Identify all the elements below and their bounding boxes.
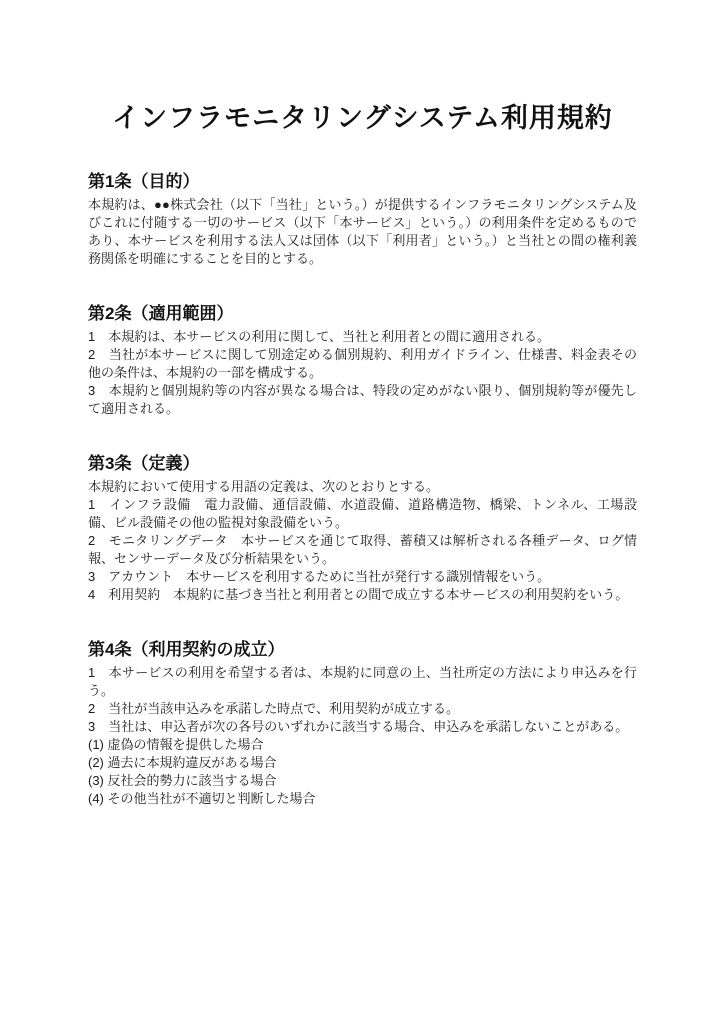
article-3-item-3: 3 アカウント 本サービスを利用するために当社が発行する識別情報をいう。 [88, 568, 637, 586]
article-4-body: 1 本サービスの利用を希望する者は、本規約に同意の上、当社所定の方法により申込み… [88, 664, 637, 808]
article-1-purpose: 第1条（目的） 本規約は、●●株式会社（以下「当社」という。）が提供するインフラ… [88, 172, 637, 268]
article-2-scope: 第2条（適用範囲） 1 本規約は、本サービスの利用に関して、当社と利用者との間に… [88, 304, 637, 418]
article-1-paragraph: 本規約は、●●株式会社（以下「当社」という。）が提供するインフラモニタリングシス… [88, 196, 637, 268]
article-1-body: 本規約は、●●株式会社（以下「当社」という。）が提供するインフラモニタリングシス… [88, 196, 637, 268]
document-page: インフラモニタリングシステム利用規約 第1条（目的） 本規約は、●●株式会社（以… [0, 0, 724, 1024]
article-3-item-1: 1 インフラ設備 電力設備、通信設備、水道設備、道路構造物、橋梁、トンネル、工場… [88, 496, 637, 532]
article-4-subitem-2: (2) 過去に本規約違反がある場合 [88, 754, 637, 772]
article-3-definitions: 第3条（定義） 本規約において使用する用語の定義は、次のとおりとする。 1 イン… [88, 454, 637, 604]
article-4-contract-formation: 第4条（利用契約の成立） 1 本サービスの利用を希望する者は、本規約に同意の上、… [88, 640, 637, 808]
article-1-heading: 第1条（目的） [88, 172, 637, 192]
page-title: インフラモニタリングシステム利用規約 [88, 100, 637, 136]
article-4-subitem-1: (1) 虚偽の情報を提供した場合 [88, 736, 637, 754]
article-2-heading: 第2条（適用範囲） [88, 304, 637, 324]
article-2-item-2: 2 当社が本サービスに関して別途定める個別規約、利用ガイドライン、仕様書、料金表… [88, 346, 637, 382]
article-2-body: 1 本規約は、本サービスの利用に関して、当社と利用者との間に適用される。 2 当… [88, 328, 637, 418]
article-4-item-3: 3 当社は、申込者が次の各号のいずれかに該当する場合、申込みを承諾しないことがあ… [88, 718, 637, 736]
article-3-intro: 本規約において使用する用語の定義は、次のとおりとする。 [88, 478, 637, 496]
article-4-item-1: 1 本サービスの利用を希望する者は、本規約に同意の上、当社所定の方法により申込み… [88, 664, 637, 700]
article-4-subitem-3: (3) 反社会的勢力に該当する場合 [88, 772, 637, 790]
article-4-item-2: 2 当社が当該申込みを承諾した時点で、利用契約が成立する。 [88, 700, 637, 718]
article-4-heading: 第4条（利用契約の成立） [88, 640, 637, 660]
article-2-item-1: 1 本規約は、本サービスの利用に関して、当社と利用者との間に適用される。 [88, 328, 637, 346]
article-2-item-3: 3 本規約と個別規約等の内容が異なる場合は、特段の定めがない限り、個別規約等が優… [88, 382, 637, 418]
article-4-subitem-4: (4) その他当社が不適切と判断した場合 [88, 790, 637, 808]
article-3-body: 本規約において使用する用語の定義は、次のとおりとする。 1 インフラ設備 電力設… [88, 478, 637, 604]
article-3-heading: 第3条（定義） [88, 454, 637, 474]
article-3-item-2: 2 モニタリングデータ 本サービスを通じて取得、蓄積又は解析される各種データ、ロ… [88, 532, 637, 568]
article-3-item-4: 4 利用契約 本規約に基づき当社と利用者との間で成立する本サービスの利用契約をい… [88, 586, 637, 604]
